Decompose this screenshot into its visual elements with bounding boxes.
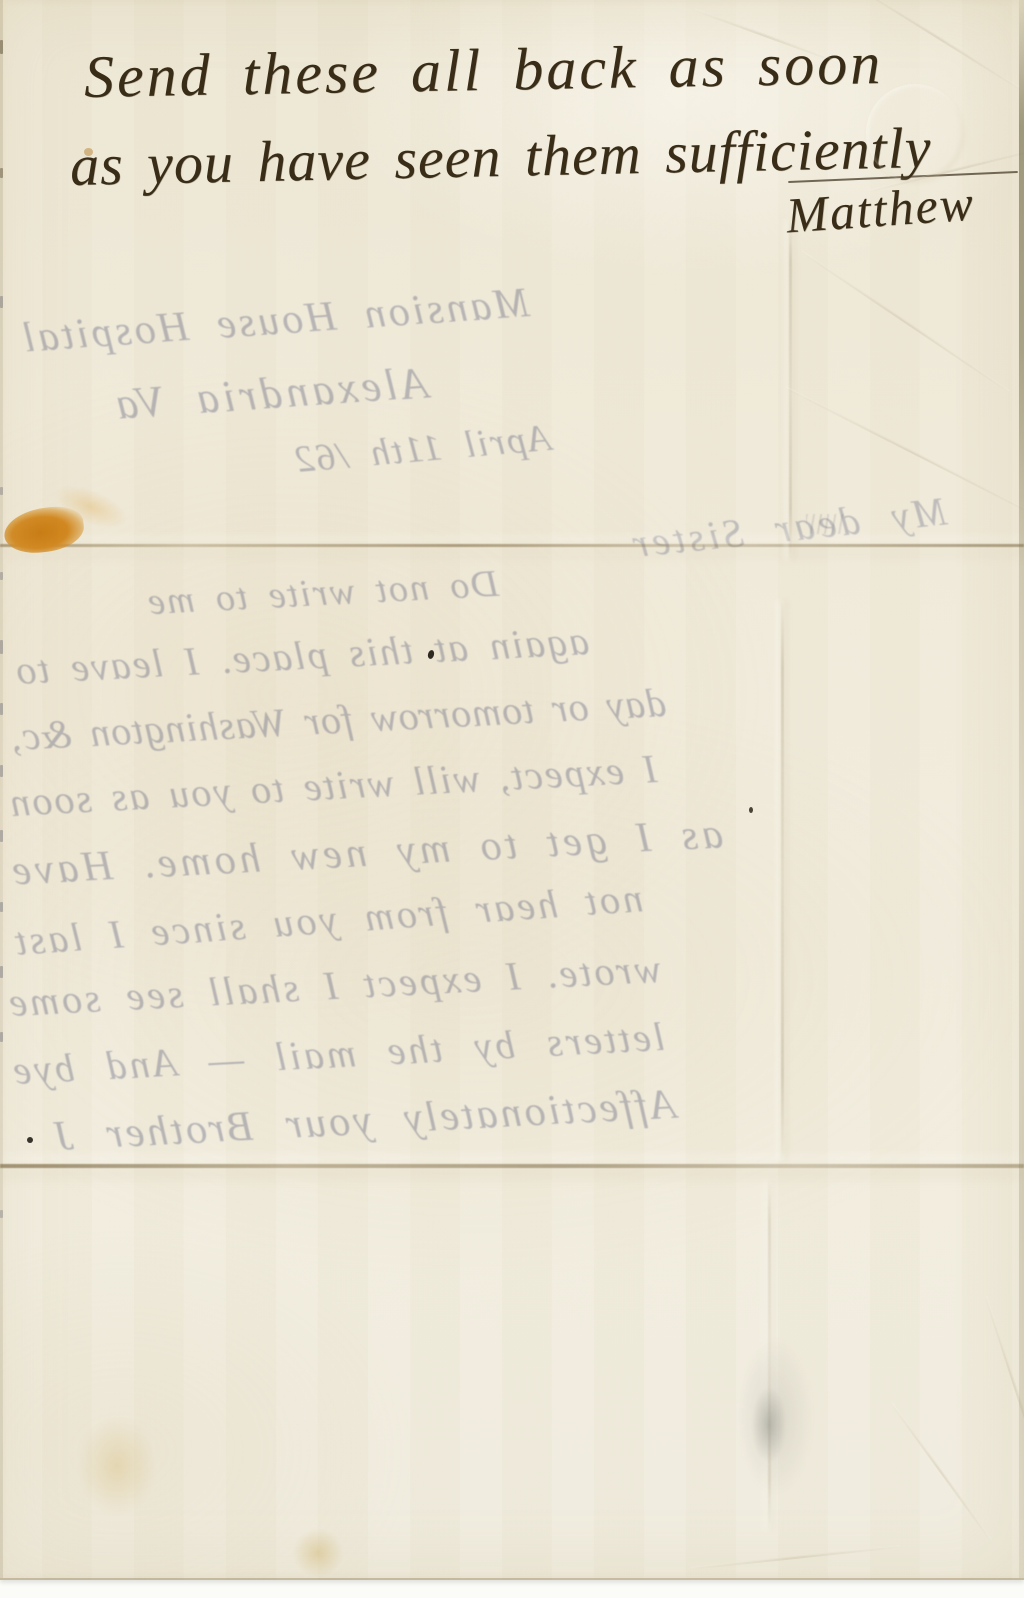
bleedthrough-line: wrote. I expect I shall see some [5, 949, 662, 1023]
fold-crease-horizontal-lower [0, 1164, 1024, 1168]
ink-speck [749, 807, 753, 813]
paper-right-edge-shadow [1019, 0, 1024, 1578]
bleedthrough-line: again at this place. I leave to [13, 621, 590, 691]
wrinkle-line [801, 250, 1010, 392]
letter-scan-page: { "scan": { "description": "Scanned page… [0, 0, 1024, 1598]
bleedthrough-line: Do not write to me [145, 565, 499, 621]
ink-note-line-2: as you have seen them sufficiently [69, 119, 932, 195]
stain-orange [2, 503, 87, 556]
fold-crease-vertical [768, 1180, 771, 1530]
stain-yellow [78, 1416, 156, 1516]
bleedthrough-line: letters by the mail — And bye [9, 1017, 666, 1091]
wrinkle-line [890, 1402, 992, 1541]
bleedthrough-line: Alexandria Va [111, 361, 430, 427]
smudge-gray [736, 1336, 814, 1496]
letter-paper: Send these all back as soon as you have … [0, 0, 1024, 1580]
bleedthrough-line: My dear Sister [627, 491, 949, 564]
wrinkle-line [690, 1545, 899, 1570]
bleedthrough-line: April 11th /62 [292, 419, 553, 479]
embossed-seal [866, 84, 964, 182]
ink-note-line-1: Send these all back as soon [84, 33, 884, 107]
fold-crease-vertical [781, 600, 784, 1160]
stain-orange-halo [48, 477, 133, 538]
paper-left-edge-shadow [0, 0, 3, 1578]
fold-crease-horizontal-upper [0, 544, 1024, 547]
bleedthrough-line: not hear from you since I last [11, 878, 644, 962]
ink-speck [27, 1137, 33, 1143]
bleedthrough-line: Mansion House Hospital [19, 282, 531, 359]
bleedthrough-line: Affectionately your Brother J [51, 1084, 677, 1159]
bleedthrough-line: I expect, will write to you as soon [7, 749, 658, 823]
stain-yellow [292, 1528, 344, 1578]
bleedthrough-line: day or tomorrow for Washington &c, [9, 683, 667, 757]
